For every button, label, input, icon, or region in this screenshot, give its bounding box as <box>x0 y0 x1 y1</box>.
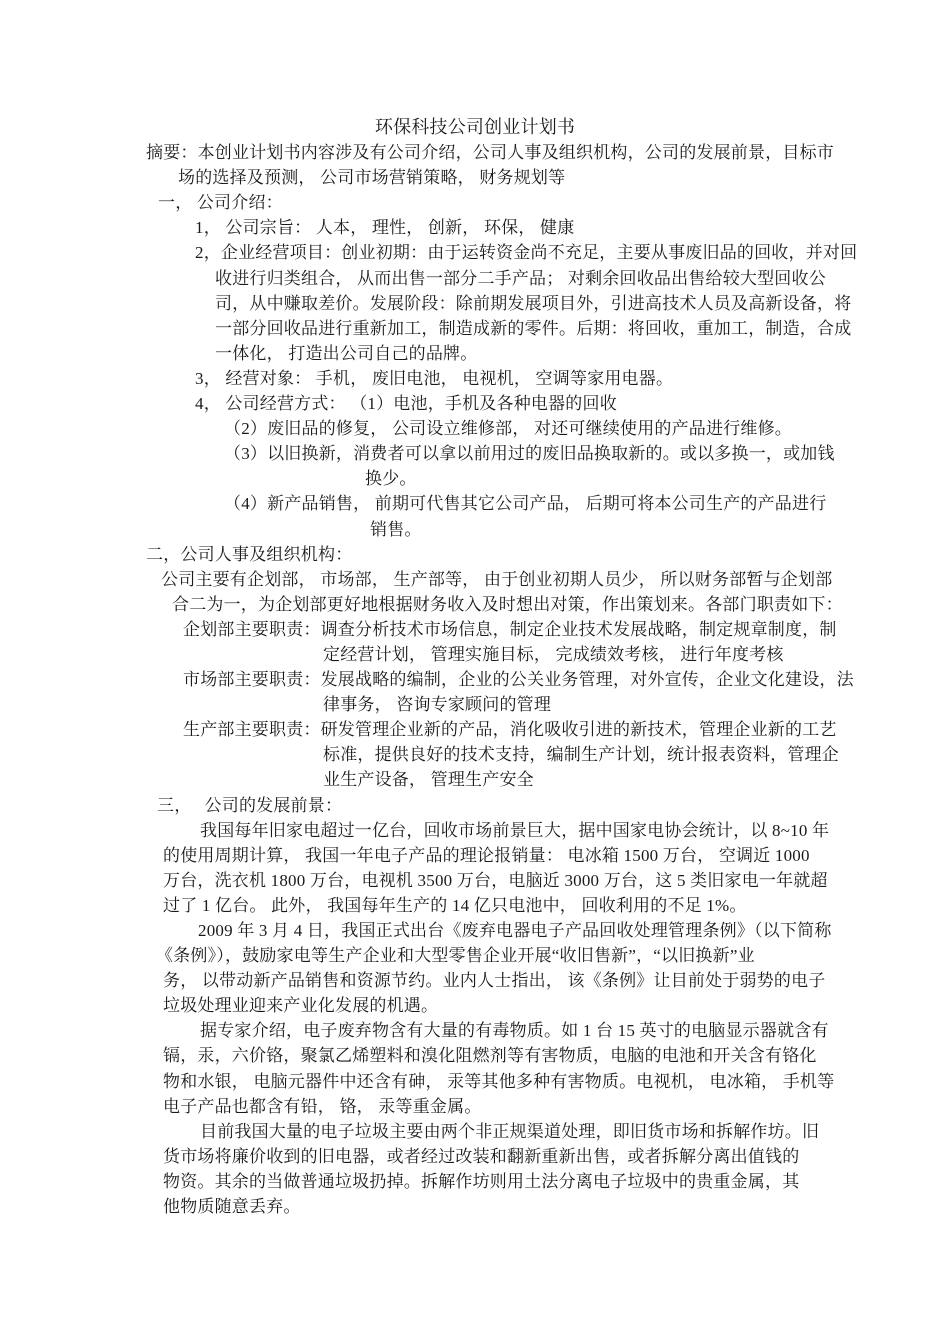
text-line: 业生产设备， 管理生产安全 <box>323 767 950 792</box>
text-line: 过了 1 亿台。 此外， 我国每年生产的 14 亿只电池中， 回收利用的不足 1… <box>163 893 950 918</box>
text-line: 3， 经营对象： 手机， 废旧电池， 电视机， 空调等家用电器。 <box>195 366 950 391</box>
text-line: 务， 以带动新产品销售和资源节约。业内人士指出， 该《条例》让目前处于弱势的电子 <box>163 968 950 993</box>
text-line: （4）新产品销售， 前期可代售其它公司产品， 后期可将本公司生产的产品进行 <box>224 491 950 516</box>
text-line: 据专家介绍，电子废弃物含有大量的有毒物质。如 1 台 15 英寸的电脑显示器就含… <box>200 1018 950 1043</box>
text-line: 的使用周期计算， 我国一年电子产品的理论报销量： 电冰箱 1500 万台， 空调… <box>163 843 950 868</box>
text-line: 摘要：本创业计划书内容涉及有公司介绍，公司人事及组织机构，公司的发展前景，目标市 <box>146 140 950 165</box>
text-line: 场的选择及预测， 公司市场营销策略， 财务规划等 <box>178 165 950 190</box>
text-line: 律事务， 咨询专家顾问的管理 <box>323 692 950 717</box>
document-page: 环保科技公司创业计划书 摘要：本创业计划书内容涉及有公司介绍，公司人事及组织机构… <box>0 0 950 1344</box>
text-line: 目前我国大量的电子垃圾主要由两个非正规渠道处理，即旧货市场和拆解作坊。旧 <box>200 1119 950 1144</box>
text-line: 司，从中赚取差价。发展阶段：除前期发展项目外，引进高技术人员及高新设备，将 <box>215 291 950 316</box>
text-line: 一体化， 打造出公司自己的品牌。 <box>215 341 950 366</box>
text-line: 镉，汞，六价铬，聚氯乙烯塑料和溴化阻燃剂等有害物质，电脑的电池和开关含有铬化 <box>163 1043 950 1068</box>
text-line: 合二为一，为企划部更好地根据财务收入及时想出对策，作出策划来。各部门职责如下： <box>172 592 950 617</box>
text-line: （3）以旧换新，消费者可以拿以前用过的废旧品换取新的。或以多换一，或加钱 <box>224 441 950 466</box>
text-line: 2，企业经营项目：创业初期：由于运转资金尚不充足，主要从事废旧品的回收，并对回 <box>195 240 950 265</box>
text-line: 二，公司人事及组织机构： <box>146 542 950 567</box>
text-line: 销售。 <box>370 517 950 542</box>
document-body: 摘要：本创业计划书内容涉及有公司介绍，公司人事及组织机构，公司的发展前景，目标市… <box>0 140 950 1219</box>
text-line: 货市场将廉价收到的旧电器，或者经过改装和翻新重新出售，或者拆解分离出值钱的 <box>163 1144 950 1169</box>
text-line: 公司主要有企划部， 市场部， 生产部等， 由于创业初期人员少， 所以财务部暂与企… <box>161 567 950 592</box>
text-line: 一， 公司介绍： <box>158 190 950 215</box>
text-line: 三， 公司的发展前景： <box>157 793 950 818</box>
text-line: 一部分回收品进行重新加工，制造成新的零件。后期：将回收，重加工，制造，合成 <box>215 316 950 341</box>
text-line: 我国每年旧家电超过一亿台，回收市场前景巨大，据中国家电协会统计，以 8~10 年 <box>200 818 950 843</box>
text-line: 他物质随意丢弃。 <box>163 1194 950 1219</box>
text-line: 标准，提供良好的技术支持，编制生产计划，统计报表资料，管理企 <box>323 742 950 767</box>
text-line: 市场部主要职责：发展战略的编制，企业的公关业务管理，对外宣传，企业文化建设，法 <box>183 667 950 692</box>
text-line: 2009 年 3 月 4 日，我国正式出台《废弃电器电子产品回收处理管理条例》（… <box>198 918 950 943</box>
text-line: 物资。其余的当做普通垃圾扔掉。拆解作坊则用土法分离电子垃圾中的贵重金属，其 <box>163 1169 950 1194</box>
text-line: 收进行归类组合， 从而出售一部分二手产品； 对剩余回收品出售给较大型回收公 <box>215 266 950 291</box>
text-line: 换少。 <box>365 466 950 491</box>
text-line: （2）废旧品的修复， 公司设立维修部， 对还可继续使用的产品进行维修。 <box>224 416 950 441</box>
text-line: 电子产品也都含有铅， 铬， 汞等重金属。 <box>163 1094 950 1119</box>
text-line: 物和水银， 电脑元器件中还含有砷， 汞等其他多种有害物质。电视机， 电冰箱， 手… <box>163 1069 950 1094</box>
text-line: 定经营计划， 管理实施目标， 完成绩效考核， 进行年度考核 <box>323 642 950 667</box>
text-line: 生产部主要职责：研发管理企业新的产品，消化吸收引进的新技术，管理企业新的工艺 <box>183 717 950 742</box>
text-line: 4， 公司经营方式： （1）电池，手机及各种电器的回收 <box>195 391 950 416</box>
text-line: 企划部主要职责：调查分析技术市场信息，制定企业技术发展战略，制定规章制度，制 <box>183 617 950 642</box>
text-line: 《条例》），鼓励家电等生产企业和大型零售企业开展“收旧售新”，“以旧换新”业 <box>156 943 950 968</box>
text-line: 垃圾处理业迎来产业化发展的机遇。 <box>163 993 950 1018</box>
text-line: 1， 公司宗旨： 人本， 理性， 创新， 环保， 健康 <box>195 215 950 240</box>
document-title: 环保科技公司创业计划书 <box>0 115 950 140</box>
text-line: 万台，洗衣机 1800 万台，电视机 3500 万台，电脑近 3000 万台，这… <box>163 868 950 893</box>
